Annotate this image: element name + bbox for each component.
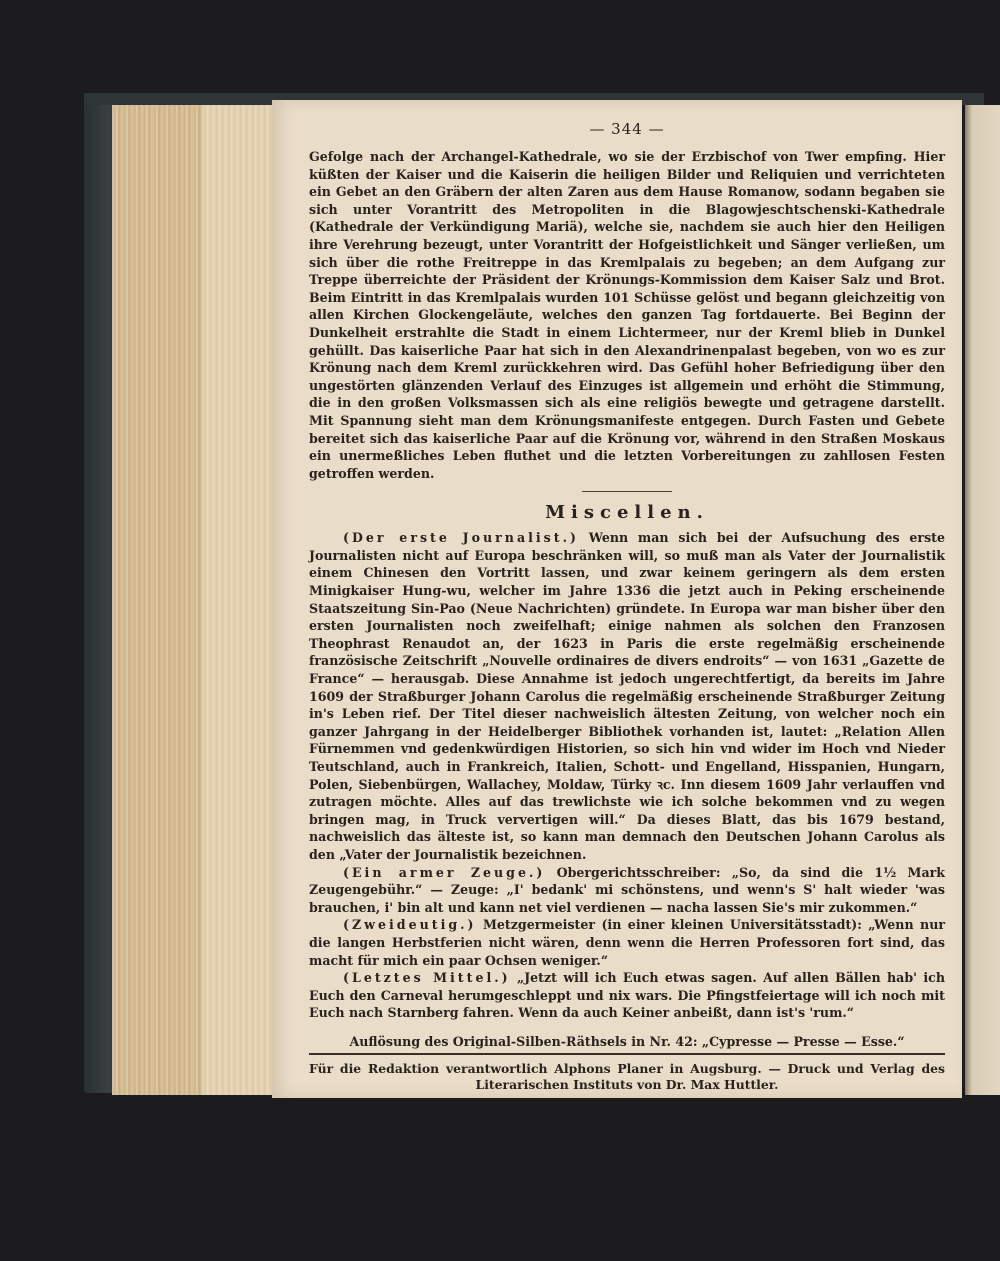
item-title: (Letztes Mittel.) xyxy=(343,970,511,985)
misc-item-journalist: (Der erste Journalist.) Wenn man sich be… xyxy=(309,529,945,863)
imprint-line-2: Literarischen Instituts von Dr. Max Hutt… xyxy=(309,1077,945,1093)
page-number: — 344 — xyxy=(309,120,945,138)
riddle-solution: Auflösung des Original-Silben-Räthsels i… xyxy=(309,1034,945,1055)
misc-item-witness: (Ein armer Zeuge.) Obergerichtsschreiber… xyxy=(309,864,945,917)
misc-item-last-resort: (Letztes Mittel.) „Jetzt will ich Euch e… xyxy=(309,969,945,1022)
item-title: (Zweideutig.) xyxy=(343,917,477,932)
page-edges xyxy=(112,105,272,1095)
right-page-edge xyxy=(965,105,1000,1095)
section-heading: Miscellen. xyxy=(309,502,945,523)
continuation-paragraph: Gefolge nach der Archangel-Kathedrale, w… xyxy=(309,148,945,482)
item-title: (Ein armer Zeuge.) xyxy=(343,865,545,880)
imprint-footer: Für die Redaktion verantwortlich Alphons… xyxy=(309,1061,945,1093)
section-divider xyxy=(582,491,672,492)
item-text: Wenn man sich bei der Aufsuchung des ers… xyxy=(309,530,945,862)
misc-item-ambiguous: (Zweideutig.) Metzgermeister (in einer k… xyxy=(309,916,945,969)
imprint-line-1: Für die Redaktion verantwortlich Alphons… xyxy=(309,1061,945,1077)
item-title: (Der erste Journalist.) xyxy=(343,530,579,545)
page-content: — 344 — Gefolge nach der Archangel-Kathe… xyxy=(309,120,945,1093)
